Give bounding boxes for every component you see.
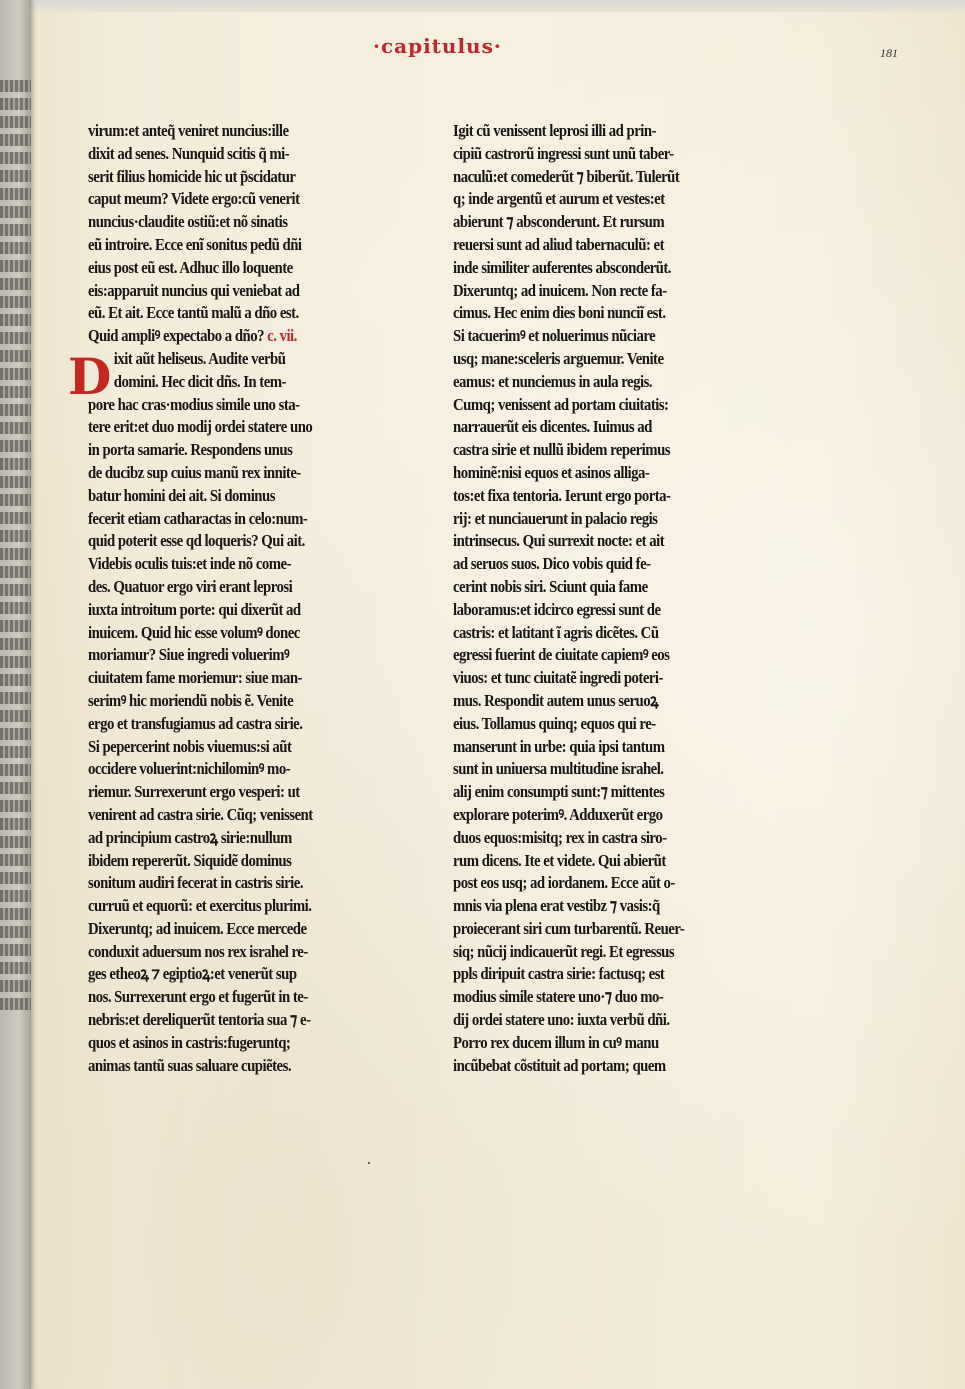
text-line: explorare poterimꝰ. Adduxerũt ergo [453,804,750,827]
text-line: ciuitatem fame moriemur: siue man- [88,667,385,690]
bleed-line [0,170,31,182]
bleed-line [0,260,31,272]
bleed-line [0,674,31,686]
bleed-line [0,188,31,200]
bleed-line [0,962,31,974]
bleed-line [0,386,31,398]
text-line: naculũ:et comederũt ⁊ biberũt. Tulerũt [453,166,750,189]
text-line: duos equos:misitq; rex in castra siro- [453,827,750,850]
text-line: tos:et fixa tentoria. Ierunt ergo porta- [453,485,750,508]
text-line: modius simile statere uno·⁊ duo mo- [453,986,750,1009]
bleed-line [0,404,31,416]
text-line: Videbis oculis tuis:et inde nõ come- [88,553,385,576]
text-line: nuncius·claudite ostiũ:et nõ sinatis [88,211,385,234]
text-line: serit filius homicide hic ut p̃scidatur [88,166,385,189]
bleed-line [0,224,31,236]
bleed-line [0,242,31,254]
text-line: quos et asinos in castris:fugeruntq; [88,1032,385,1055]
text-line: domini. Hec dicit dñs. In tem- [88,371,411,394]
text-line: cerint nobis siri. Sciunt quia fame [453,576,750,599]
text-line: nos. Surrexerunt ergo et fugerũt in te- [88,986,385,1009]
bleed-line [0,710,31,722]
text-line: Si pepercerint nobis viuemus:si aũt [88,736,385,759]
text-line: rum dicens. Ite et videte. Qui abierũt [453,850,750,873]
bleed-line [0,854,31,866]
text-line: proiecerant siri cum turbarentũ. Reuer- [453,918,750,941]
bleed-line [0,782,31,794]
text-line: ad principium castroꝝ sirie:nullum [88,827,385,850]
bleed-line [0,656,31,668]
bleed-line [0,638,31,650]
text-line: ges etheoꝝ ⁊ egiptioꝝ:et venerũt sup [88,963,385,986]
bleed-line [0,818,31,830]
bleed-line [0,152,31,164]
folio-number: 181 [880,46,898,61]
bleed-line [0,872,31,884]
bleed-line [0,908,31,920]
bleed-line [0,620,31,632]
bleed-line [0,530,31,542]
bleed-line [0,566,31,578]
text-line: pore hac cras·modius simile uno sta- [88,394,385,417]
bleed-line [0,314,31,326]
bleed-line [0,296,31,308]
bleed-line [0,836,31,848]
text-line: Cumq; venissent ad portam ciuitatis: [453,394,750,417]
text-line: venirent ad castra sirie. Cũq; venissent [88,804,385,827]
text-line: inuicem. Quid hic esse volumꝰ donec [88,622,385,645]
text-line: batur homini dei ait. Si dominus [88,485,385,508]
text-line: post eos usq; ad iordanem. Ecce aũt o- [453,872,750,895]
stray-mark [368,1162,370,1164]
text-line: hominẽ:nisi equos et asinos alliga- [453,462,750,485]
text-line: Quid ampliꝰ expectabo a dño? c. vii. [88,325,385,348]
bleed-line [0,98,31,110]
text-line: egressi fuerint de ciuitate capiemꝰ eos [453,644,750,667]
text-line: manserunt in urbe: quia ipsi tantum [453,736,750,759]
bleed-line [0,494,31,506]
text-line: fecerit etiam catharactas in celo:num- [88,508,385,531]
text-line: viuos: et tunc ciuitatẽ ingredi poteri- [453,667,750,690]
bleed-line [0,890,31,902]
left-text-column: virum:et anteq̃ veniret nuncius:illedixi… [88,120,388,1077]
text-line: moriamur? Siue ingredi voluerimꝰ [88,644,385,667]
text-line: Si tacuerimꝰ et noluerimus nũciare [453,325,750,348]
bleed-line [0,512,31,524]
bleed-line [0,206,31,218]
bleed-line [0,134,31,146]
bleed-line [0,548,31,560]
text-line: rij: et nunciauerunt in palacio regis [453,508,750,531]
previous-page-edge [0,0,31,1389]
text-line: reuersi sunt ad aliud tabernaculũ: et [453,234,750,257]
text-line: alij enim consumpti sunt:⁊ mittentes [453,781,750,804]
text-line: siq; nũcij indicauerũt regi. Et egressus [453,941,750,964]
text-line: castris: et latitant ĩ agris dicẽtes. Cũ [453,622,750,645]
bleed-line [0,728,31,740]
bleed-line [0,800,31,812]
bleed-line [0,980,31,992]
text-line: curruũ et equorũ: et exercitus plurimi. [88,895,385,918]
text-line: des. Quatuor ergo viri erant leprosi [88,576,385,599]
text-line: Dixeruntq; ad inuicem. Ecce mercede [88,918,385,941]
bleed-line [0,422,31,434]
text-line: cimus. Hec enim dies boni nunciĩ est. [453,302,750,325]
text-line: incũbebat cõstituit ad portam; quem [453,1055,750,1078]
text-line: Igit cũ venissent leprosi illi ad prin- [453,120,750,143]
text-line: q; inde argentũ et aurum et vestes:et [453,188,750,211]
text-line: intrinsecus. Qui surrexit nocte: et ait [453,530,750,553]
text-line: iuxta introitum porte: qui dixerũt ad [88,599,385,622]
scan-top-edge [30,0,965,12]
text-line: serimꝰ hic moriendũ nobis ẽ. Venite [88,690,385,713]
bleed-line [0,944,31,956]
bleed-line [0,584,31,596]
text-line: usq; mane:sceleris arguemur. Venite [453,348,750,371]
text-line: caput meum? Videte ergo:cũ venerit [88,188,385,211]
text-line: inde similiter auferentes absconderũt. [453,257,750,280]
text-line: ppls diripuit castra sirie: factusq; est [453,963,750,986]
text-line: laboramus:et idcirco egressi sunt de [453,599,750,622]
text-line: mnis via plena erat vestibz ⁊ vasis:q̃ [453,895,750,918]
text-line: narrauerũt eis dicentes. Iuimus ad [453,416,750,439]
bleed-through-text [0,80,31,1016]
text-line: conduxit aduersum nos rex israhel re- [88,941,385,964]
bleed-line [0,368,31,380]
text-line: riemur. Surrexerunt ergo vesperi: ut [88,781,385,804]
text-line: mus. Respondit autem unus seruoꝝ [453,690,750,713]
text-line: eamus: et nunciemus in aula regis. [453,371,750,394]
text-line: cipiũ castrorũ ingressi sunt unũ taber- [453,143,750,166]
text-line: ibidem repererũt. Siquidẽ dominus [88,850,385,873]
text-line: in porta samarie. Respondens unus [88,439,385,462]
text-line: abierunt ⁊ absconderunt. Et rursum [453,211,750,234]
right-text-column: Igit cũ venissent leprosi illi ad prin-c… [453,120,753,1077]
text-line: dij ordei statere uno: iuxta verbũ dñi. [453,1009,750,1032]
bleed-line [0,80,31,92]
text-line: eũ introire. Ecce enĩ sonitus pedũ dñi [88,234,385,257]
text-line: de ducibz sup cuius manũ rex innite- [88,462,385,485]
text-line: sonitum audiri fecerat in castris sirie. [88,872,385,895]
bleed-line [0,476,31,488]
text-line: eius post eũ est. Adhuc illo loquente [88,257,385,280]
text-line: animas tantũ suas saluare cupiẽtes. [88,1055,385,1078]
text-line: Porro rex ducem illum in cuꝰ manu [453,1032,750,1055]
text-line: dixit ad senes. Nunquid scitis q̃ mi- [88,143,385,166]
text-line: eis:apparuit nuncius qui veniebat ad [88,280,385,303]
bleed-line [0,998,31,1010]
bleed-line [0,764,31,776]
text-line: Dixeruntq; ad inuicem. Non recte fa- [453,280,750,303]
bleed-line [0,350,31,362]
bleed-line [0,926,31,938]
bleed-line [0,116,31,128]
bleed-line [0,692,31,704]
bleed-line [0,332,31,344]
text-line: ergo et transfugiamus ad castra sirie. [88,713,385,736]
text-line: ad seruos suos. Dico vobis quid fe- [453,553,750,576]
bleed-line [0,602,31,614]
bleed-line [0,458,31,470]
text-line: sunt in uniuersa multitudine israhel. [453,758,750,781]
text-line: ixit aũt heliseus. Audite verbũ [88,348,411,371]
text-line: castra sirie et nullũ ibidem reperimus [453,439,750,462]
chapter-marker: c. vii. [264,326,297,345]
text-line: virum:et anteq̃ veniret nuncius:ille [88,120,385,143]
manuscript-page: ·capitulus· 181 D virum:et anteq̃ venire… [0,0,965,1389]
running-head: ·capitulus· [373,34,502,58]
bleed-line [0,440,31,452]
text-line: eius. Tollamus quinq; equos qui re- [453,713,750,736]
text-line: nebris:et dereliquerũt tentoria sua ⁊ e- [88,1009,385,1032]
text-line: quid poterit esse qd loqueris? Qui ait. [88,530,385,553]
text-line: tere erit:et duo modij ordei statere uno [88,416,385,439]
bleed-line [0,746,31,758]
text-line: eũ. Et ait. Ecce tantũ malũ a dño est. [88,302,385,325]
bleed-line [0,278,31,290]
text-line: occidere voluerint:nichilominꝰ mo- [88,758,385,781]
